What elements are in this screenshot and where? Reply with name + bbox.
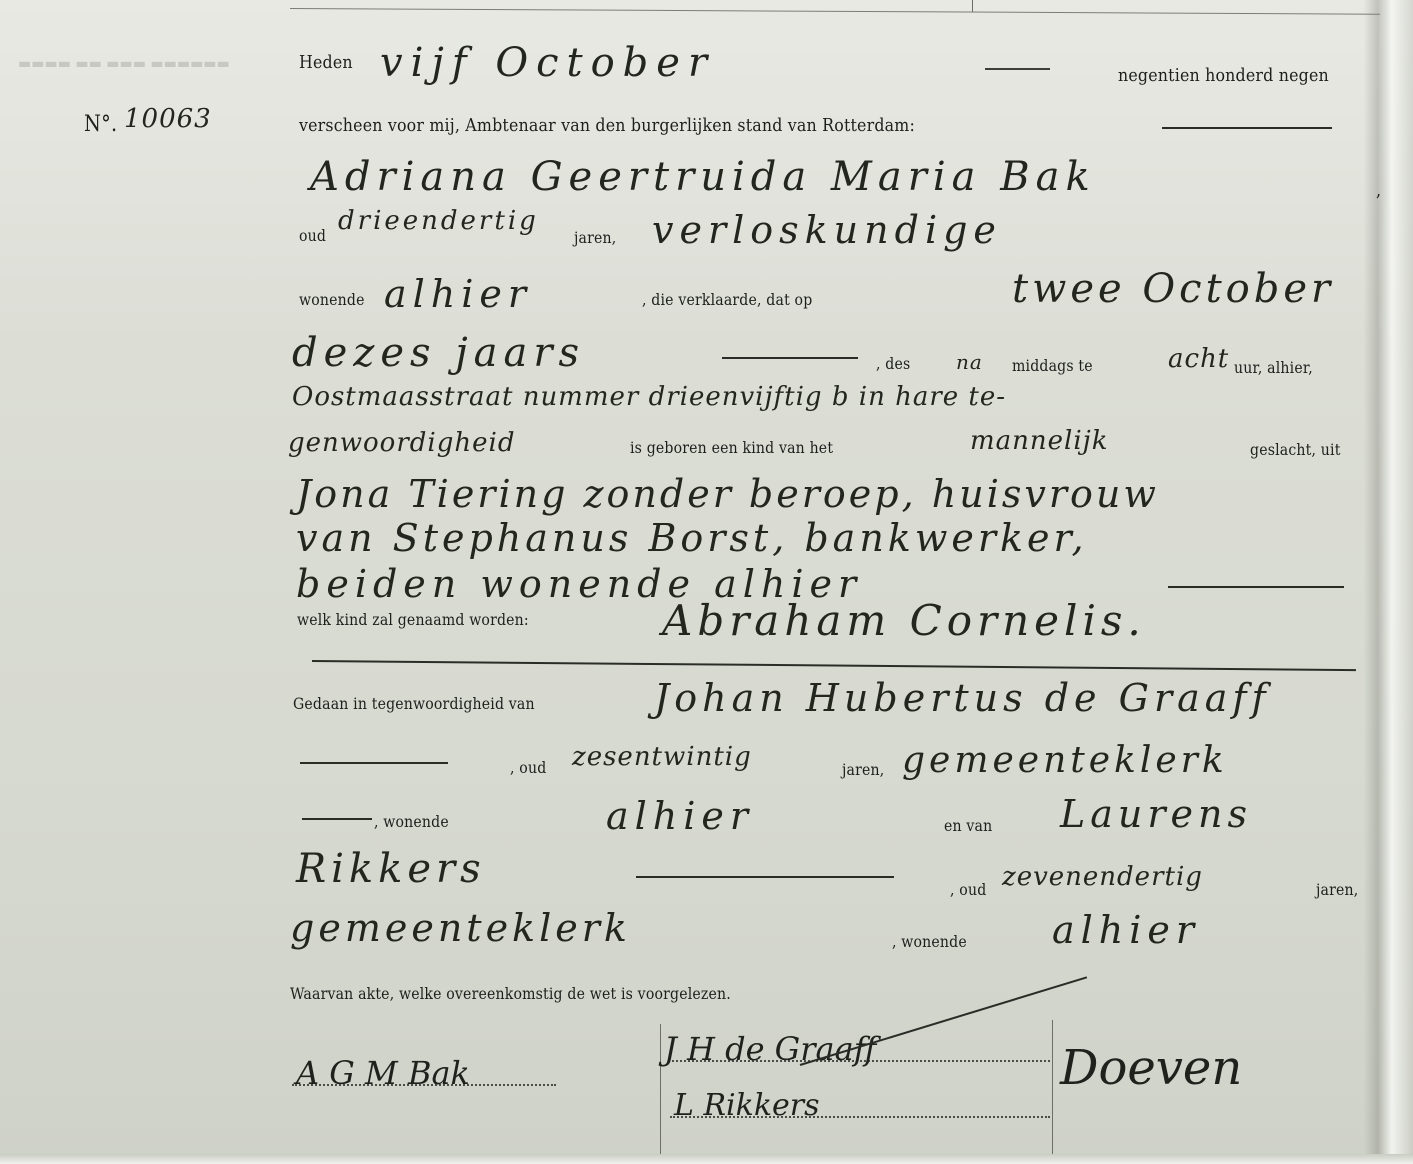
hand-year: dezes jaars	[292, 330, 585, 376]
signature-registrar: Doeven	[1060, 1040, 1242, 1096]
record-number: 10063	[124, 104, 212, 134]
signature-declarant: A G M Bak	[296, 1054, 470, 1092]
hand-child-name: Abraham Cornelis.	[662, 596, 1146, 645]
fill-rule	[300, 762, 448, 764]
hand-presence-cont: genwoordigheid	[288, 428, 515, 458]
hand-declarant-residence: alhier	[384, 272, 532, 316]
hand-birth-date: twee October	[1012, 266, 1334, 312]
printed-uur-alhier: uur, alhier,	[1234, 358, 1313, 377]
signature-witness2: L Rikkers	[674, 1088, 820, 1123]
top-tick-mark	[972, 0, 973, 12]
printed-done-in-presence: Gedaan in tegenwoordigheid van	[293, 694, 535, 713]
printed-oud: , oud	[950, 880, 986, 899]
printed-child-named: welk kind zal genaamd worden:	[297, 610, 529, 629]
faint-bleedthrough-text: ▬▬▬▬ ▬▬ ▬▬▬ ▬▬▬▬▬▬	[18, 56, 230, 72]
hand-na: na	[956, 350, 983, 374]
hand-witness1-age: zesentwintig	[572, 742, 752, 772]
hand-witness2-residence: alhier	[1052, 908, 1200, 952]
fill-rule	[722, 357, 858, 359]
printed-closing-statement: Waarvan akte, welke overeenkomstig de we…	[290, 984, 731, 1003]
hand-witness2-first: Laurens	[1060, 792, 1252, 836]
hand-address: Oostmaasstraat nummer drieenvijftig b in…	[292, 382, 1006, 412]
hand-hour: acht	[1168, 344, 1229, 374]
hand-sex: mannelijk	[970, 426, 1108, 456]
printed-year-prefix: negentien honderd negen	[1118, 65, 1329, 86]
hand-witness1-occupation: gemeenteklerk	[902, 740, 1228, 781]
printed-wonende: , wonende	[892, 932, 967, 951]
printed-jaren: jaren,	[1316, 880, 1358, 899]
printed-oud: oud	[299, 226, 326, 245]
signature-divider	[660, 1024, 661, 1154]
printed-geslacht-uit: geslacht, uit	[1250, 440, 1341, 459]
hand-witness1-name: Johan Hubertus de Graaff	[654, 676, 1271, 720]
page-bottom-edge	[0, 1154, 1413, 1164]
hand-witness2-occupation: gemeenteklerk	[290, 906, 631, 950]
hand-declarant-name: Adriana Geertruida Maria Bak	[310, 154, 1096, 200]
printed-wonende: wonende	[299, 290, 365, 309]
printed-appeared-before: verscheen voor mij, Ambtenaar van den bu…	[299, 115, 915, 136]
fill-rule	[302, 818, 372, 820]
signature-divider	[1052, 1020, 1053, 1154]
hand-declarant-occupation: verloskundige	[652, 208, 1002, 252]
printed-is-geboren: is geboren een kind van het	[630, 438, 833, 457]
printed-heden: Heden	[299, 52, 353, 73]
hand-date-filled: vijf October	[380, 40, 715, 86]
printed-en-van: en van	[944, 816, 992, 835]
printed-des: , des	[876, 354, 910, 373]
hand-mother: Jona Tiering zonder beroep, huisvrouw	[296, 472, 1159, 516]
fill-rule	[985, 68, 1050, 70]
hand-witness2-age: zevenendertig	[1002, 862, 1203, 892]
fill-rule	[636, 876, 894, 878]
fill-rule	[1162, 127, 1332, 129]
hand-witness2-last: Rikkers	[296, 846, 486, 892]
fill-rule	[1168, 586, 1344, 588]
printed-comma: ,	[1376, 180, 1381, 201]
hand-witness1-residence: alhier	[606, 794, 754, 838]
signature-witness1: J H de Graaff	[664, 1030, 876, 1068]
hand-father: van Stephanus Borst, bankwerker,	[296, 516, 1088, 560]
printed-oud: , oud	[510, 758, 546, 777]
printed-declared: , die verklaarde, dat op	[642, 290, 812, 309]
record-number-label: N°.	[84, 112, 117, 137]
printed-wonende: , wonende	[374, 812, 449, 831]
printed-jaren: jaren,	[842, 760, 884, 779]
printed-jaren: jaren,	[574, 228, 616, 247]
printed-middags: middags te	[1012, 356, 1093, 375]
hand-declarant-age: drieendertig	[338, 206, 539, 236]
